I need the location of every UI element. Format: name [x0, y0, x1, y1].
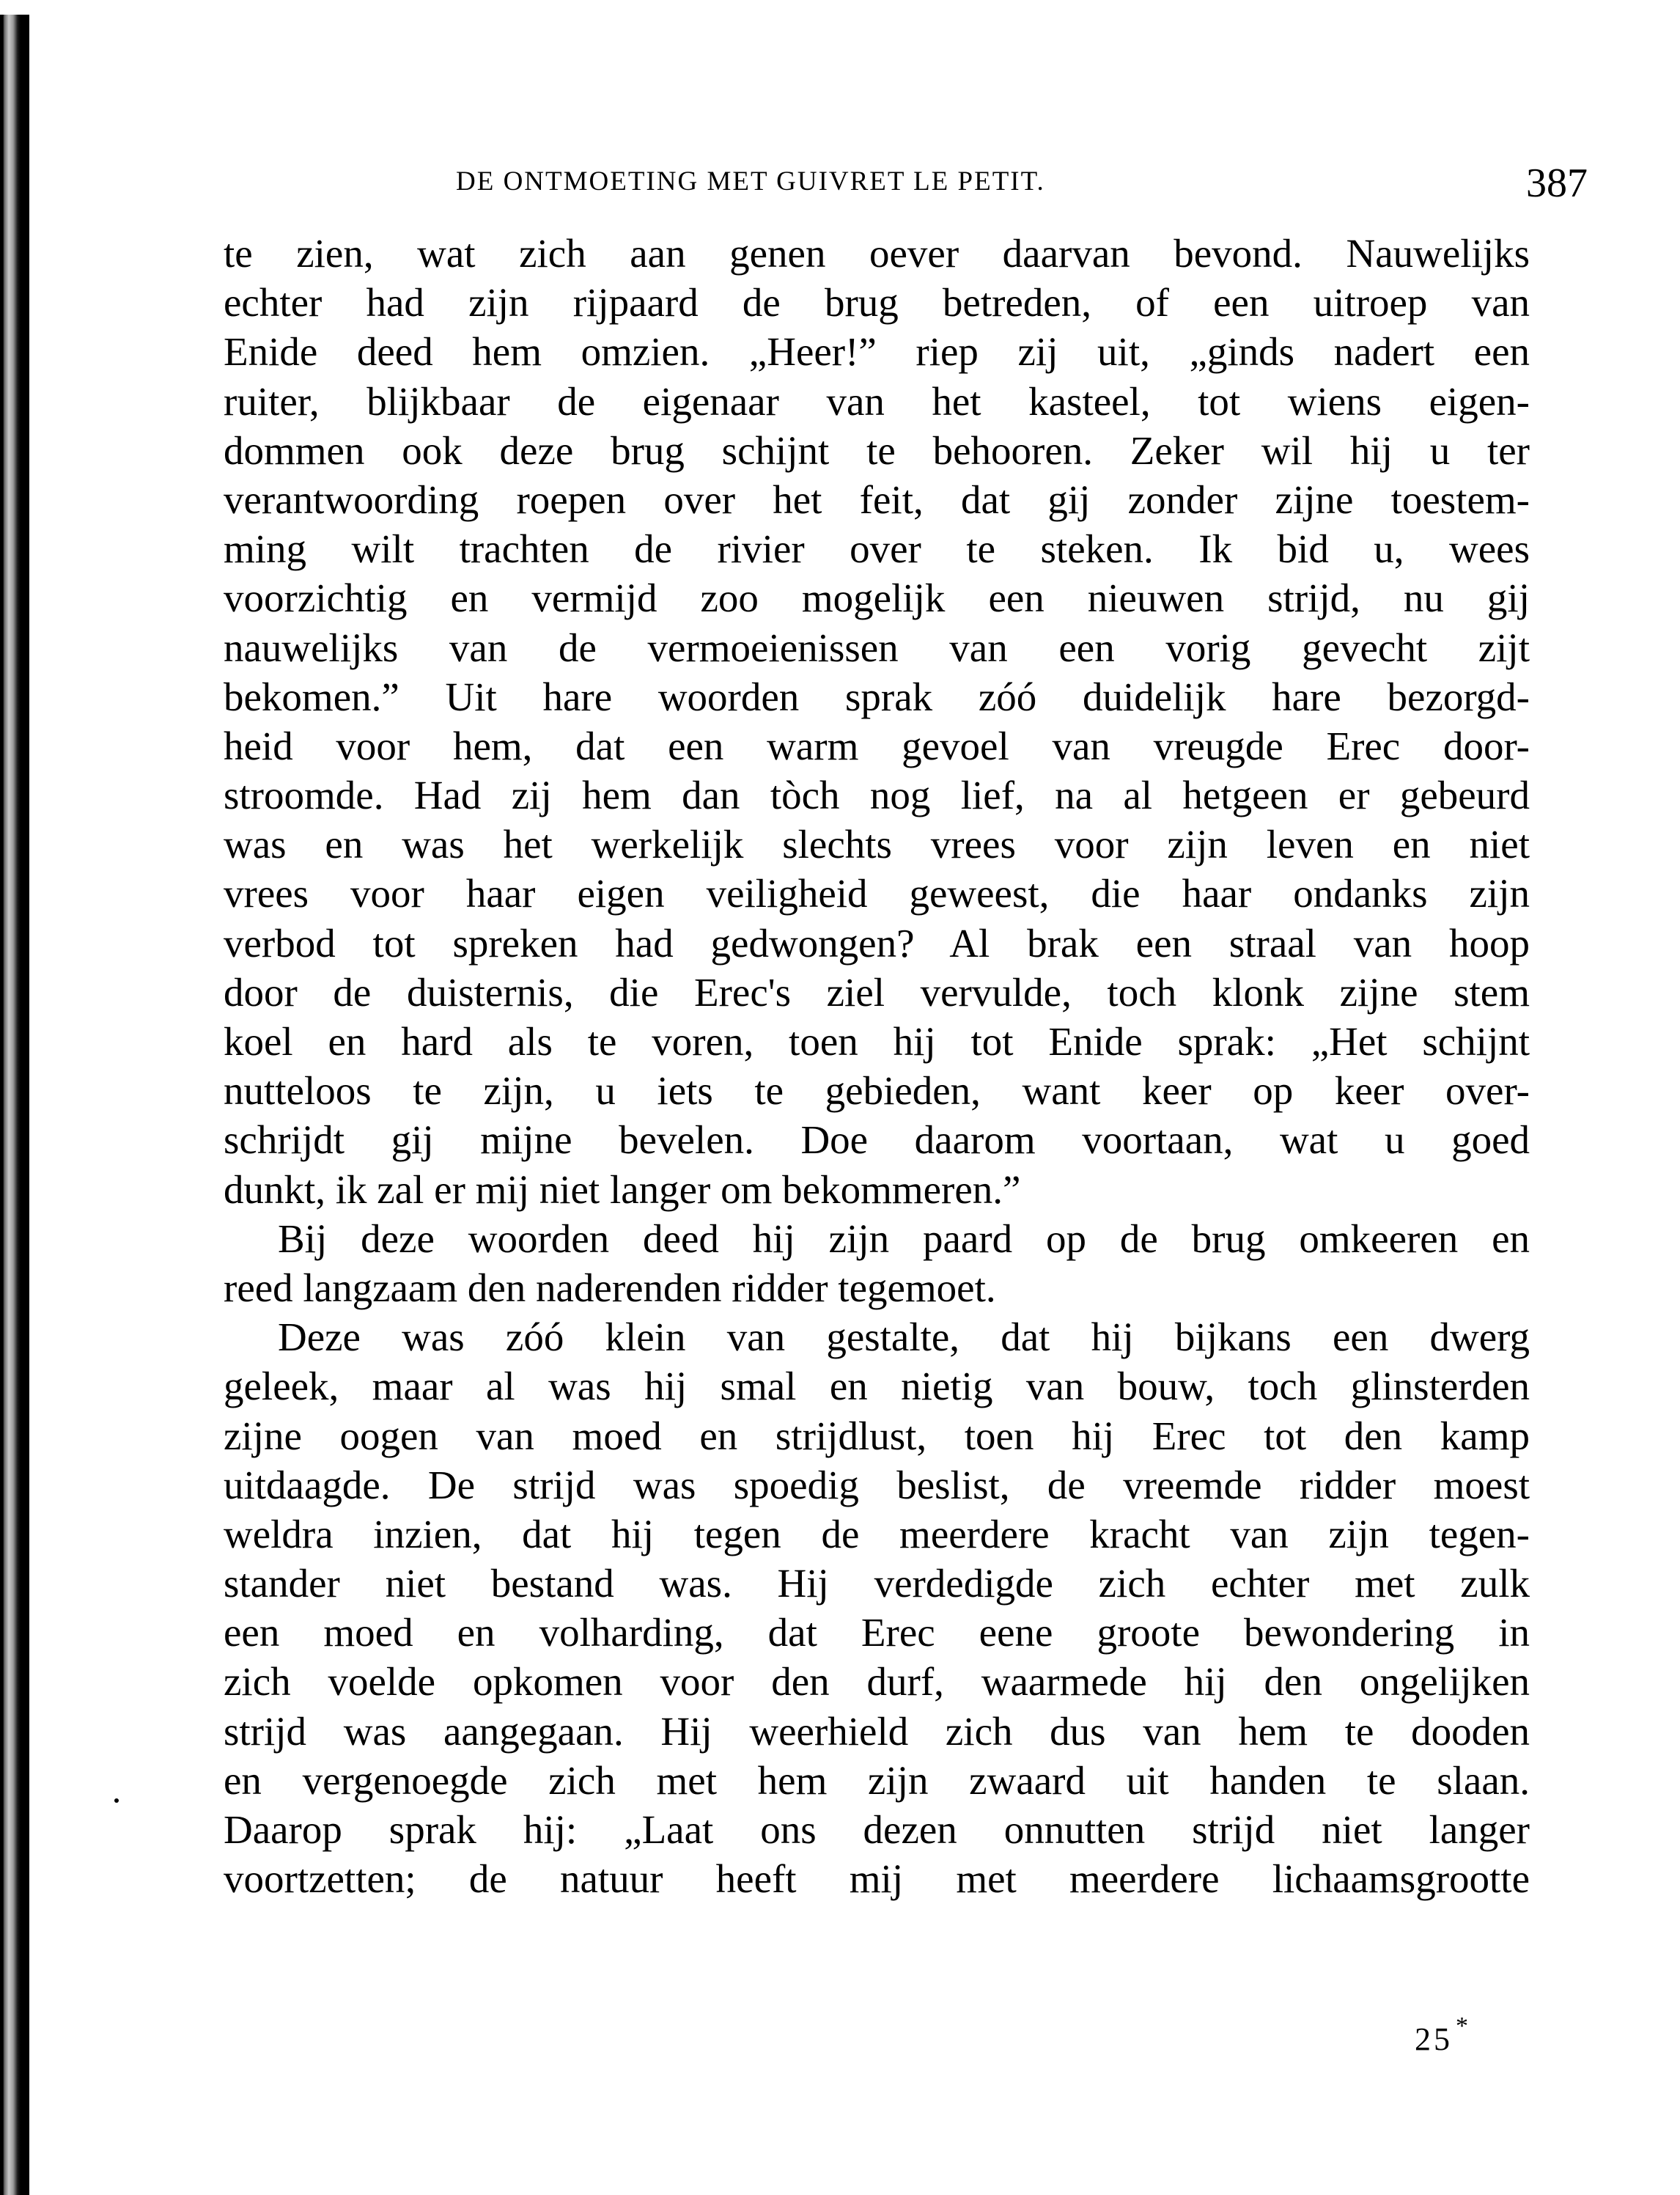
text-line: verantwoording roepen over het feit, dat… — [224, 475, 1530, 524]
text-line: vrees voor haar eigen veiligheid geweest… — [224, 869, 1530, 918]
text-line: ming wilt trachten de rivier over te ste… — [224, 524, 1530, 573]
text-line: reed langzaam den naderenden ridder tege… — [224, 1263, 1530, 1312]
text-line: uitdaagde. De strijd was spoedig beslist… — [224, 1460, 1530, 1510]
text-line: te zien, wat zich aan genen oever daarva… — [224, 229, 1530, 278]
signature-mark: 25* — [1415, 2012, 1471, 2058]
asterisk-icon: * — [1456, 2012, 1471, 2040]
text-line: zijne oogen van moed en strijdlust, toen… — [224, 1411, 1530, 1460]
signature-number: 25 — [1415, 2021, 1453, 2057]
text-line: Daarop sprak hij: „Laat ons dezen onnutt… — [224, 1805, 1530, 1854]
text-line: Deze was zóó klein van gestalte, dat hij… — [224, 1312, 1530, 1361]
scan-binding-edge — [0, 15, 29, 2195]
text-line: echter had zijn rijpaard de brug betrede… — [224, 278, 1530, 327]
text-line: Enide deed hem omzien. „Heer!” riep zij … — [224, 327, 1530, 376]
text-line: door de duisternis, die Erec's ziel verv… — [224, 968, 1530, 1017]
text-line: heid voor hem, dat een warm gevoel van v… — [224, 721, 1530, 771]
text-line: een moed en volharding, dat Erec eene gr… — [224, 1608, 1530, 1657]
text-line: nutteloos te zijn, u iets te gebieden, w… — [224, 1066, 1530, 1115]
text-line: voorzichtig en vermijd zoo mogelijk een … — [224, 573, 1530, 622]
text-line: Bij deze woorden deed hij zijn paard op … — [224, 1214, 1530, 1263]
text-line: bekomen.” Uit hare woorden sprak zóó dui… — [224, 672, 1530, 721]
text-line: strijd was aangegaan. Hij weerhield zich… — [224, 1707, 1530, 1756]
text-line: schrijdt gij mijne bevelen. Doe daarom v… — [224, 1115, 1530, 1164]
text-line: dommen ook deze brug schijnt te behooren… — [224, 426, 1530, 475]
text-line: stander niet bestand was. Hij verdedigde… — [224, 1559, 1530, 1608]
text-line: koel en hard als te voren, toen hij tot … — [224, 1017, 1530, 1066]
text-line: dunkt, ik zal er mij niet langer om beko… — [224, 1165, 1530, 1214]
running-head: DE ONTMOETING MET GUIVRET LE PETIT. 387 — [0, 160, 1680, 204]
text-line: en vergenoegde zich met hem zijn zwaard … — [224, 1756, 1530, 1805]
body-text: te zien, wat zich aan genen oever daarva… — [224, 229, 1530, 1903]
text-line: nauwelijks van de vermoeienissen van een… — [224, 623, 1530, 672]
text-line: stroomde. Had zij hem dan tòch nog lief,… — [224, 771, 1530, 820]
running-title: DE ONTMOETING MET GUIVRET LE PETIT. — [456, 166, 1045, 197]
text-line: geleek, maar al was hij smal en nietig v… — [224, 1361, 1530, 1411]
text-line: verbod tot spreken had gedwongen? Al bra… — [224, 919, 1530, 968]
text-line: voortzetten; de natuur heeft mij met mee… — [224, 1854, 1530, 1903]
text-line: was en was het werkelijk slechts vrees v… — [224, 820, 1530, 869]
page-number: 387 — [1526, 160, 1588, 207]
scan-speck — [114, 1798, 119, 1803]
text-line: ruiter, blijkbaar de eigenaar van het ka… — [224, 377, 1530, 426]
text-line: zich voelde opkomen voor den durf, waarm… — [224, 1657, 1530, 1706]
text-line: weldra inzien, dat hij tegen de meerdere… — [224, 1510, 1530, 1559]
